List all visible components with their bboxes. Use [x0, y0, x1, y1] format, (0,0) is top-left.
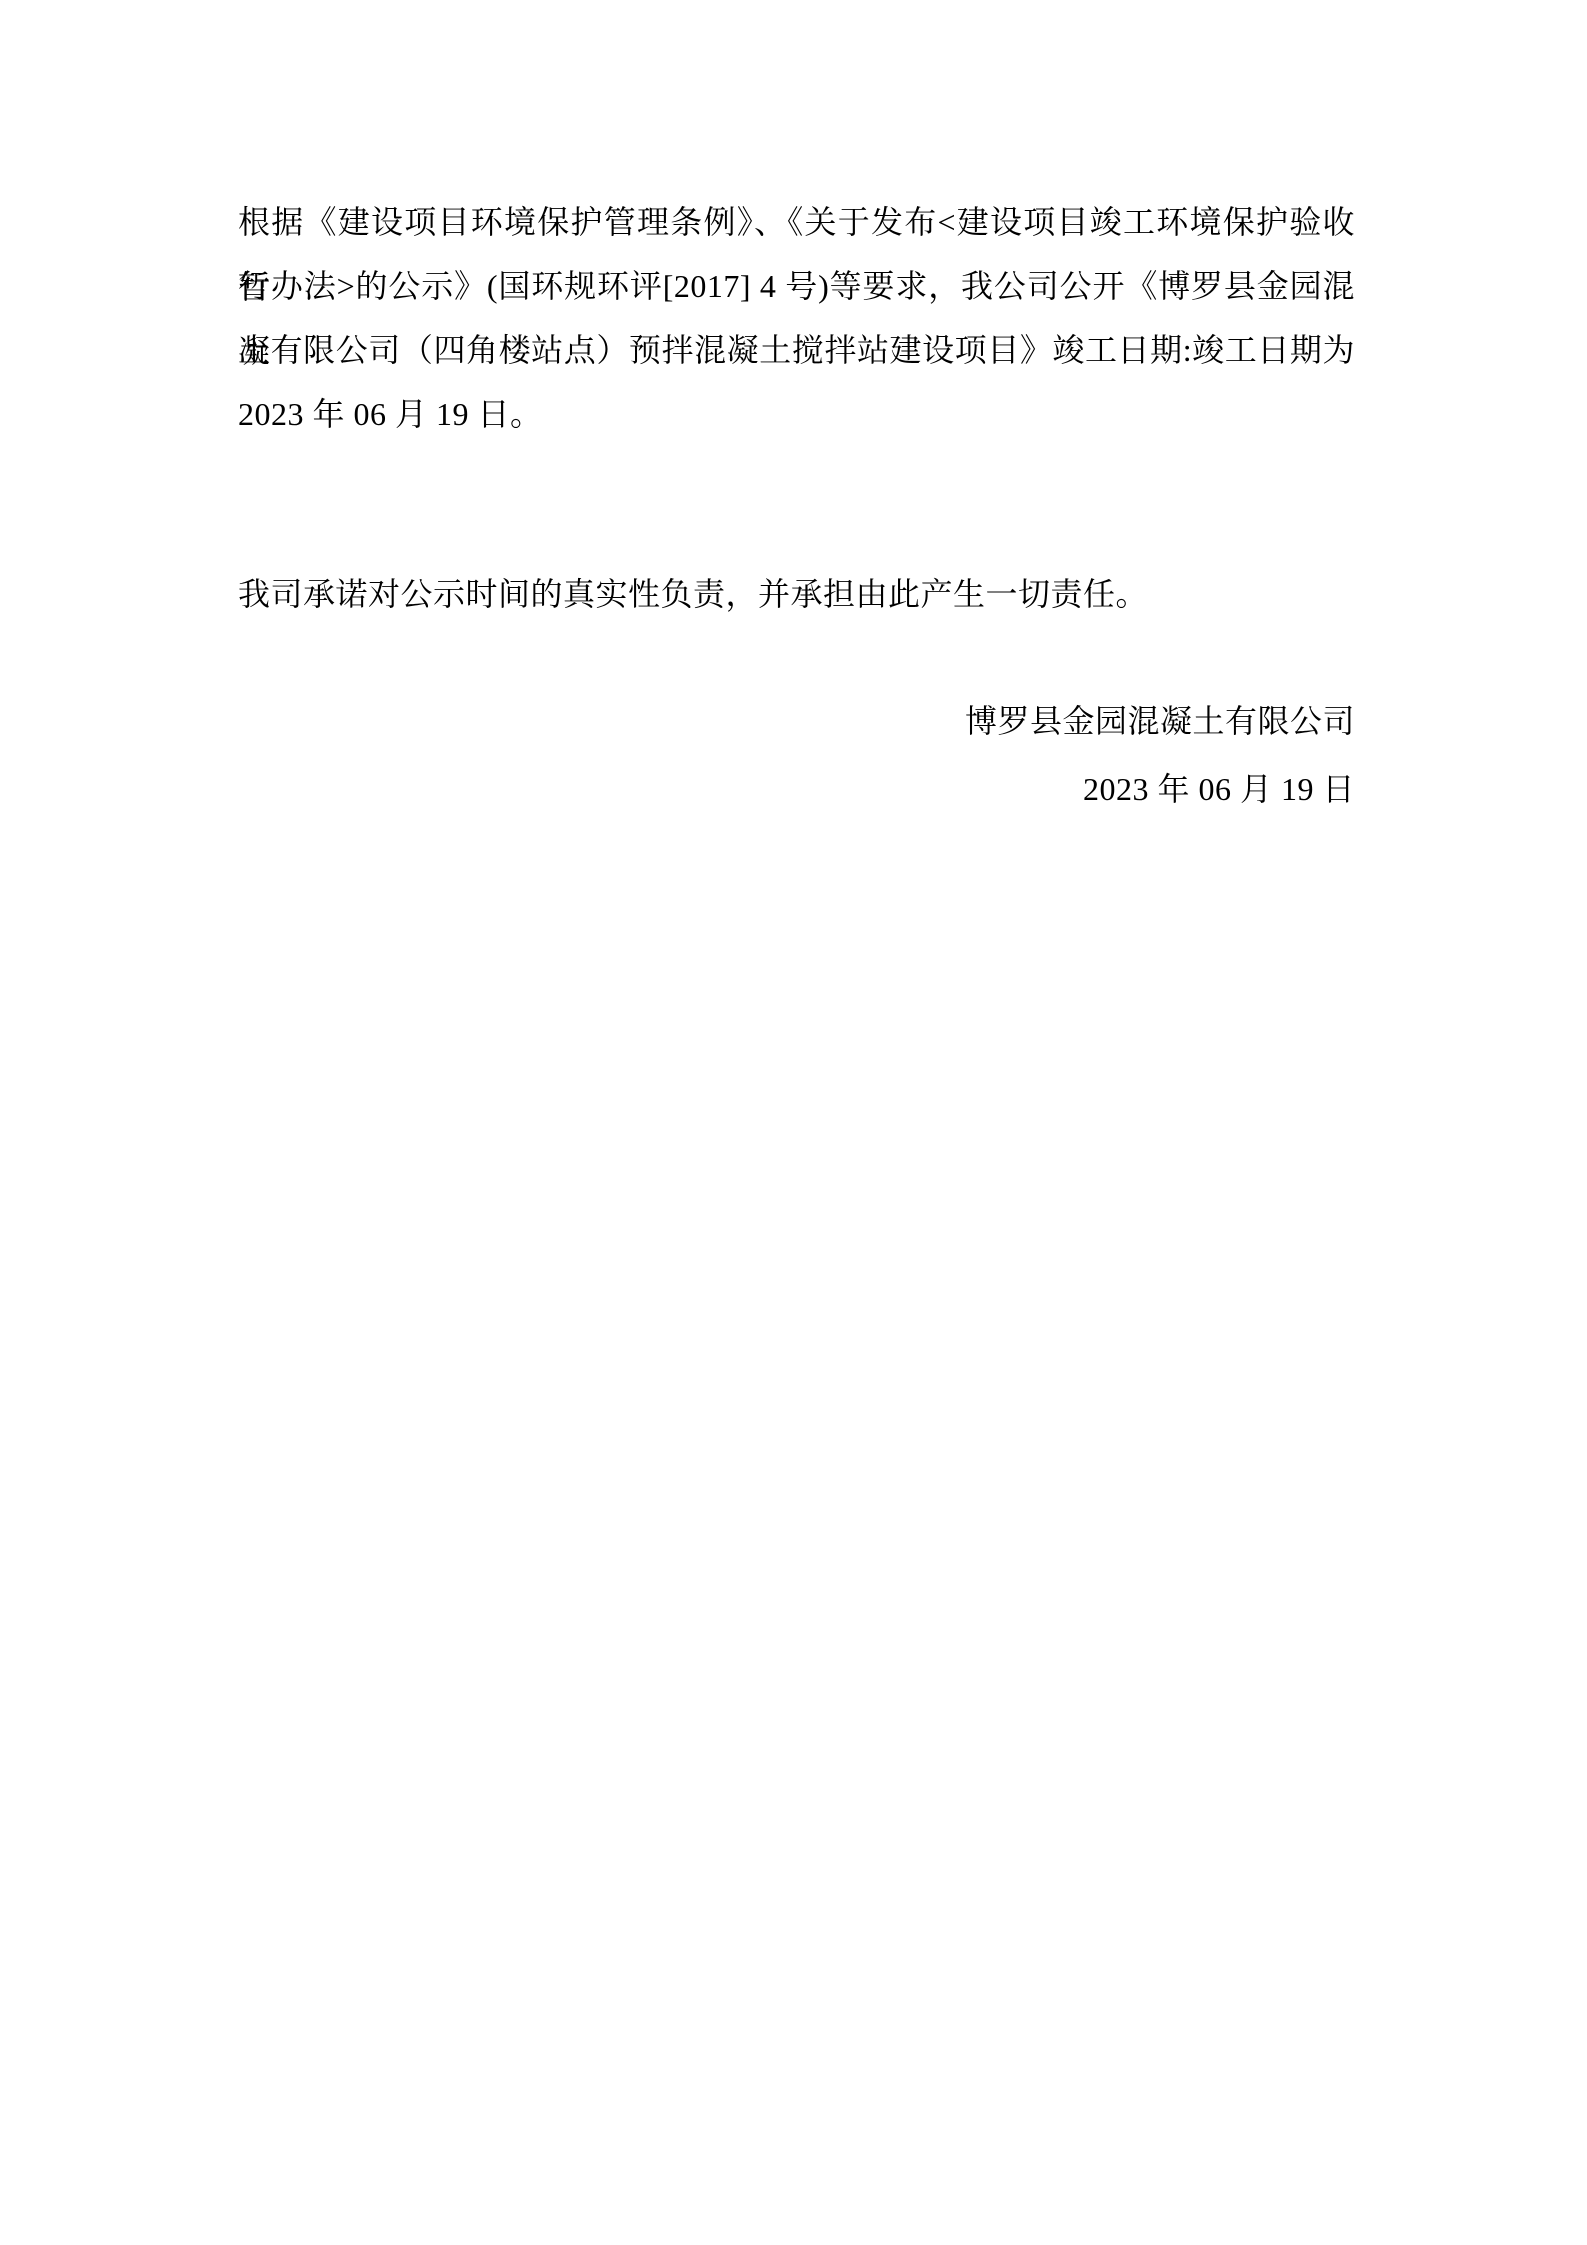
paragraph1-line4: 2023 年 06 月 19 日。: [238, 382, 1355, 447]
document-page: 根据《建设项目环境保护管理条例》、《关于发布<建设项目竣工环境保护验收暂 行办法…: [0, 0, 1587, 2245]
paragraph1-line1: 根据《建设项目环境保护管理条例》、《关于发布<建设项目竣工环境保护验收暂: [238, 190, 1355, 255]
paragraph1-line3: 土有限公司（四角楼站点）预拌混凝土搅拌站建设项目》竣工日期:竣工日期为: [238, 318, 1355, 383]
signature-company-name: 博罗县金园混凝土有限公司: [238, 689, 1355, 754]
signature-date: 2023 年 06 月 19 日: [238, 757, 1355, 822]
paragraph1-line2: 行办法>的公示》(国环规环评[2017] 4 号)等要求，我公司公开《博罗县金园…: [238, 254, 1355, 319]
commitment-paragraph: 我司承诺对公示时间的真实性负责，并承担由此产生一切责任。: [238, 562, 1355, 627]
